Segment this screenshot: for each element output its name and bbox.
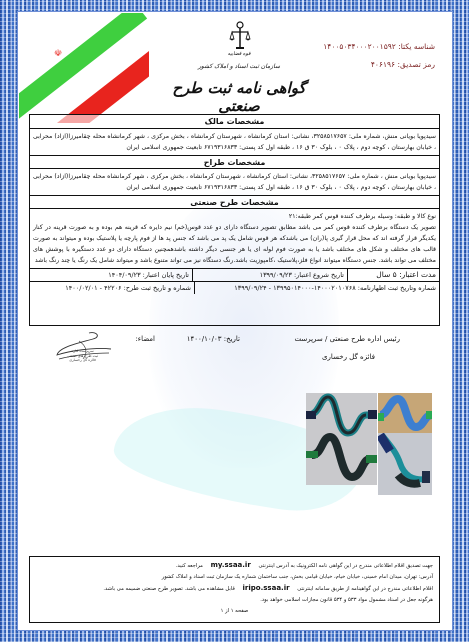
certificate-details-box: مشخصات مالک سیدپویا بویانی منش، شماره مل… (29, 114, 440, 326)
design-photo-side (378, 393, 432, 433)
verification-code-label: رمز تصدیق: (397, 60, 435, 69)
unique-id-label: شناسه یکتا: (398, 42, 435, 51)
design-description: تصویر یک دستگاه برطرف کننده قوس کمر می ب… (33, 222, 436, 266)
certificate-page: ☫ قوه قضاییه سازمان ثبت اسناد و املاک کش… (19, 13, 451, 629)
unique-id-value: ۱۴۰۰۵۰۳۴۰۰۰۲۰۰۱۵۹۲ (323, 42, 396, 51)
footer-verify-line: جهت تصدیق اقلام اطلاعاتی مندرج در این گو… (36, 560, 433, 572)
validity-start-date: تاریخ شروع اعتبار: ۱۳۹۹/۰۹/۲۳ (192, 269, 347, 281)
judiciary-label: قوه قضاییه (209, 51, 269, 57)
stamp-line: فائزه گل رخساری (55, 358, 110, 363)
signature-label: امضاء: (135, 335, 155, 343)
footer-address: آدرس: تهران، میدان امام خمینی، خیابان خی… (36, 572, 433, 583)
verification-code-value: ۴۰۶۱۹۶ (371, 60, 395, 69)
design-details: نوع کالا و طبقه: وسیله برطرف کننده قوس ک… (30, 209, 439, 268)
design-category: نوع کالا و طبقه: وسیله برطرف کننده قوس ک… (33, 211, 436, 222)
footer-legal-warning: هرگونه جعل در اسناد مشمول مواد ۵۳۳ و ۵۳۴… (36, 595, 433, 606)
footer-iripo-suffix: قابل مشاهده می باشد. تصویر طرح صنعتی ضمی… (103, 586, 235, 592)
designer-details: سیدپویا بویانی منش ، شماره ملی: ۳۲۵۸۵۱۷۶… (30, 169, 439, 195)
design-images (306, 393, 432, 495)
design-registration-number-date: شماره و تاریخ ثبت طرح: ۴۲۲۰۶ - ۱۴۰۰/۰۲/۰… (30, 282, 194, 294)
verify-url-link[interactable]: my.ssaa.ir (211, 561, 251, 569)
footer-iripo-text: اقلام اطلاعاتی مندرج در این گواهینامه از… (297, 586, 433, 592)
footer-notice: جهت تصدیق اقلام اطلاعاتی مندرج در این گو… (29, 556, 440, 623)
signatory-role: رئیس اداره طرح صنعتی / سرپرست (294, 335, 400, 343)
designer-heading: مشخصات طراح (30, 155, 439, 169)
iripo-url-link[interactable]: iripo.ssaa.ir (243, 584, 290, 592)
design-heading: مشخصات طرح صنعتی (30, 195, 439, 209)
footer-iripo-line: اقلام اطلاعاتی مندرج در این گواهینامه از… (36, 583, 433, 595)
declaration-number-date: شماره وتاریخ ثبت اظهارنامه: ۱۴۰۰۰۲۰۱۰۷۶۸… (194, 282, 439, 294)
verification-code-row: رمز تصدیق: ۴۰۶۱۹۶ (275, 56, 435, 74)
validity-duration: مدت اعتبار: ۵ سال (347, 269, 439, 281)
signatory-name: فائزه گل رخساری (322, 353, 375, 361)
justice-scales-icon (229, 21, 251, 51)
flag-emblem-icon: ☫ (53, 49, 63, 59)
page-number: صفحه ۱ از ۱ (36, 606, 433, 617)
owner-details: سیدپویا بویانی منش، شماره ملی: ۳۲۵۸۵۱۷۶۵… (30, 129, 439, 155)
footer-verify-text: جهت تصدیق اقلام اطلاعاتی مندرج در این گو… (258, 563, 433, 569)
signature-date: تاریخ: ۱۴۰۰/۱۰/۰۳ (187, 335, 240, 343)
unique-id-row: شناسه یکتا: ۱۴۰۰۵۰۳۴۰۰۰۲۰۰۱۵۹۲ (275, 38, 435, 56)
validity-end-date: تاریخ پایان اعتبار: ۱۴۰۴/۰۹/۲۳ (30, 269, 192, 281)
certificate-identifiers: شناسه یکتا: ۱۴۰۰۵۰۳۴۰۰۰۲۰۰۱۵۹۲ رمز تصدیق… (275, 38, 435, 74)
signature-stamp-text: سرپرست اداره ثبت طرح های صنعتی فائزه گل … (55, 349, 110, 363)
footer-verify-suffix: مراجعه کنید. (176, 563, 203, 569)
validity-row: مدت اعتبار: ۵ سال تاریخ شروع اعتبار: ۱۳۹… (30, 268, 439, 281)
design-photo-angle (378, 433, 432, 495)
registration-row: شماره وتاریخ ثبت اظهارنامه: ۱۴۰۰۰۲۰۱۰۷۶۸… (30, 281, 439, 294)
owner-heading: مشخصات مالک (30, 115, 439, 129)
iran-flag-ribbon: ☫ (19, 13, 149, 123)
signature-block: رئیس اداره طرح صنعتی / سرپرست فائزه گل ر… (29, 327, 440, 375)
certificate-title: گواهی نامه ثبت طرح صنعتی (159, 79, 319, 115)
design-photo-front (306, 393, 377, 485)
